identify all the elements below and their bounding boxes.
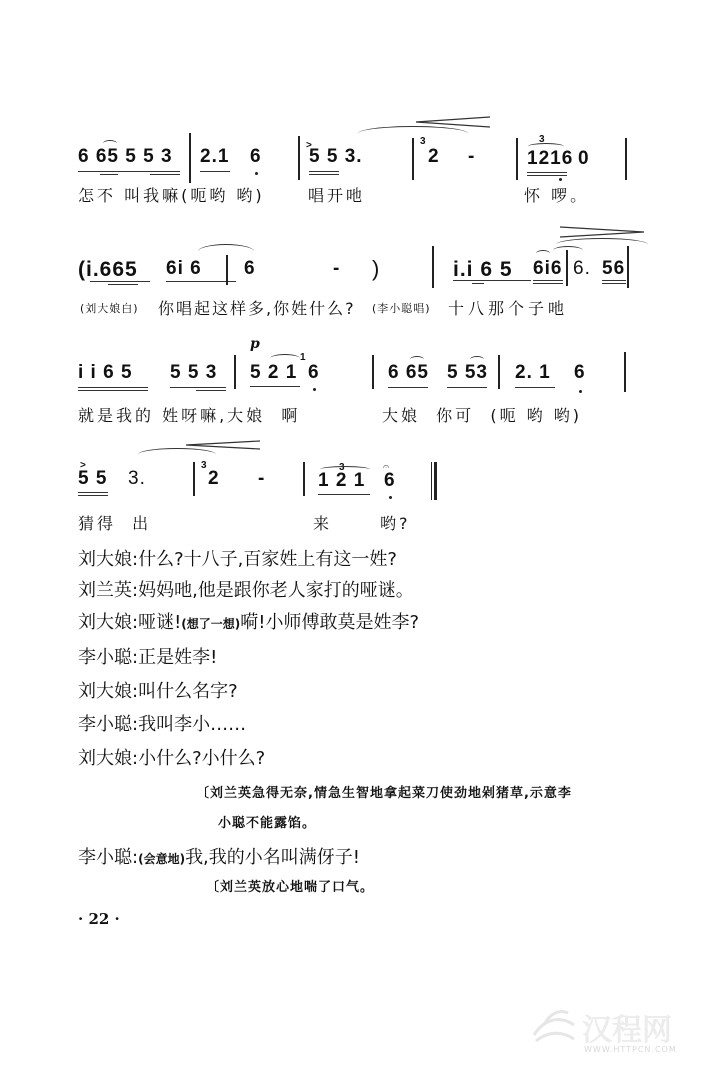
speaker: 刘大娘:: [78, 748, 138, 769]
underline: [250, 386, 300, 387]
slur: [536, 250, 550, 257]
speech: 正是姓李!: [138, 647, 217, 668]
notes-measure-d: 56: [602, 258, 625, 280]
notes-measure-4a: 2: [428, 146, 440, 168]
bar-line: [624, 352, 626, 392]
bar-line: [627, 246, 629, 288]
lyrics: 你唱起这样多,你姓什么?: [158, 296, 356, 319]
dialogue-line-5: 刘大娘:叫什么名字?: [78, 677, 238, 703]
notes-measure-2b: 6: [308, 362, 320, 384]
watermark-url: WWW.HTTPCN.COM: [584, 1045, 677, 1054]
underline: [527, 175, 567, 176]
notes-intro-b: 6i 6: [166, 258, 202, 280]
bar-line: [372, 355, 374, 389]
bar-line: [516, 138, 518, 180]
bar-line: [193, 462, 195, 496]
notes-measure-1b: 5 5 3: [170, 362, 217, 384]
stage-direction-1-cont: 小聪不能露馅。: [218, 812, 316, 831]
slur: [410, 356, 424, 363]
dialogue-line-2: 刘兰英:妈妈吔,他是跟你老人家打的哑谜。: [78, 576, 414, 602]
speaker: 李小聪:: [78, 647, 138, 668]
rest: 0: [578, 148, 590, 170]
grace-note: 3: [420, 136, 426, 147]
notes-measure-c: 6.: [573, 258, 591, 280]
watermark: 汉程网 WWW.HTTPCN.COM: [530, 1005, 578, 1051]
dash: -: [333, 258, 340, 280]
bar-line: [432, 246, 434, 288]
dialogue-line-3: 刘大娘:哑谜!(想了一想)嗬!小师傅敢莫是姓李?: [78, 608, 419, 634]
lyrics: 怀 啰。: [524, 183, 589, 206]
underline: [200, 171, 230, 172]
underline: [90, 281, 150, 282]
lyrics: 十八那个子吔: [448, 296, 568, 319]
speech: 叫什么名字?: [138, 681, 238, 702]
lyrics: 怎不 叫我嘛(呃哟 哟): [78, 183, 265, 206]
notes-measure-4b: 6: [574, 362, 586, 384]
speaker: 刘兰英:: [78, 580, 138, 601]
low-octave-dot: [579, 390, 582, 393]
underline: [602, 280, 626, 281]
dash: -: [258, 468, 265, 490]
notes-measure-1a: i i 6 5: [78, 362, 133, 384]
notes-measure-1a: 6 65 5 5 3: [78, 146, 173, 168]
page-number: · 22 ·: [78, 910, 120, 928]
final-bar-thick: [434, 462, 437, 500]
notes-measure-2: 5 2 1: [250, 362, 297, 384]
notes-measure-3: 5 5 3.: [309, 146, 363, 168]
underline: [309, 174, 339, 175]
aside: (想了一想): [181, 617, 240, 631]
notes-measure-3b: 6: [384, 470, 396, 492]
bar-line: [498, 355, 500, 389]
speech: 我叫李小……: [138, 714, 246, 735]
underline: [309, 171, 339, 172]
notes-measure-2a: 2.1: [200, 146, 229, 168]
dash: -: [468, 146, 475, 168]
underline: [170, 387, 226, 388]
lyrics: 大娘 你可 (呃 哟 哟): [382, 403, 582, 426]
underline: [78, 495, 108, 496]
notes-measure-2b: 6: [250, 146, 262, 168]
notes-measure-2: 2: [208, 468, 220, 490]
decrescendo-icon: [186, 440, 260, 450]
dialogue-line-6: 李小聪:我叫李小……: [78, 710, 246, 736]
decrescendo-icon: [416, 116, 490, 128]
speaker: 李小聪:: [78, 714, 138, 735]
aside: (会意地): [138, 852, 185, 866]
final-bar-thin: [431, 462, 432, 500]
underline: [100, 174, 118, 175]
bar-line: [298, 136, 300, 180]
stage-direction-1: 〔刘兰英急得无奈,情急生智地拿起菜刀使劲地剁猪草,示意李: [196, 782, 572, 801]
paren-close: ): [372, 256, 380, 282]
notes-measure-a: i.i 6 5: [453, 258, 513, 282]
underline: [108, 284, 138, 285]
underline: [78, 492, 108, 493]
underline: [533, 280, 563, 281]
dialogue-line-4: 李小聪:正是姓李!: [78, 643, 217, 669]
dialogue-line-8: 李小聪:(会意地)我,我的小名叫满伢子!: [78, 843, 360, 869]
bar-line: [625, 138, 627, 180]
slur: [103, 140, 117, 147]
dynamic-mark: p: [250, 336, 260, 352]
speech: 妈妈吔,他是跟你老人家打的哑谜。: [138, 580, 414, 601]
watermark-logo-icon: [530, 1005, 578, 1047]
low-octave-dot: [313, 388, 316, 391]
notes-measure-3a: 6 65: [388, 362, 429, 384]
notes-measure-1b: 3.: [128, 468, 146, 490]
speech: 什么?十八子,百家姓上有这一姓?: [138, 549, 397, 570]
dialogue-line-1: 刘大娘:什么?十八子,百家姓上有这一姓?: [78, 545, 397, 571]
notes-measure-b: 6i6: [533, 258, 562, 280]
notes-measure-3b: 5 53: [447, 362, 488, 384]
speaking-cue: (刘大娘白): [80, 300, 139, 316]
lyrics: 唱开吔: [308, 183, 365, 206]
stage-direction-2: 〔刘兰英放心地喘了口气。: [206, 876, 374, 895]
speaker: 李小聪:: [78, 847, 138, 868]
underline: [447, 387, 487, 388]
notes-hold: 6: [244, 258, 256, 280]
underline: [602, 283, 626, 284]
speaker: 刘大娘:: [78, 612, 138, 633]
speaker: 刘大娘:: [78, 549, 138, 570]
lyrics: 就是我的 姓呀嘛,大娘 啊: [78, 403, 300, 426]
underline: [388, 387, 428, 388]
notes-intro: (i.665: [78, 258, 138, 282]
underline: [453, 280, 531, 281]
bar-line: [303, 462, 305, 496]
dialogue-line-7: 刘大娘:小什么?小什么?: [78, 744, 265, 770]
underline: [515, 387, 555, 388]
bar-line: [226, 255, 228, 285]
speech: 我,我的小名叫满伢子!: [185, 847, 360, 868]
bar-line: [189, 133, 191, 183]
low-octave-dot: [255, 172, 258, 175]
underline: [318, 494, 370, 495]
speech: 哑谜!: [138, 612, 181, 633]
slur: [470, 356, 484, 363]
speaker: 刘大娘:: [78, 681, 138, 702]
speech: 嗬!小师傅敢莫是姓李?: [240, 612, 419, 633]
underline: [472, 283, 484, 284]
slur: [556, 238, 648, 251]
grace-note: 3: [201, 460, 207, 471]
bar-line: [234, 355, 236, 389]
underline: [150, 174, 180, 175]
lyrics: 猜得 出: [78, 511, 151, 534]
watermark-title: 汉程网: [582, 1005, 672, 1049]
underline: [78, 171, 180, 172]
singing-cue: (李小聪唱): [372, 300, 431, 316]
underline: [78, 390, 148, 391]
speech: 小什么?小什么?: [138, 748, 265, 769]
lyrics: 来: [313, 511, 332, 534]
decrescendo-icon: [560, 226, 644, 238]
notes-measure-1a: 5 5: [78, 468, 107, 490]
underline: [196, 390, 226, 391]
notes-measure-3a: 1 2 1: [318, 470, 365, 492]
bar-line: [412, 138, 414, 180]
notes-measure-4a: 2. 1: [515, 362, 551, 384]
underline: [78, 387, 148, 388]
low-octave-dot: [559, 178, 562, 181]
lyrics: 哟?: [380, 511, 411, 534]
notes-measure-5: 1216: [527, 148, 573, 170]
underline: [533, 283, 563, 284]
low-octave-dot: [389, 496, 392, 499]
bar-line: [566, 250, 568, 286]
slur: [270, 354, 300, 363]
grace-note: 1: [300, 352, 306, 363]
underline: [527, 172, 567, 173]
